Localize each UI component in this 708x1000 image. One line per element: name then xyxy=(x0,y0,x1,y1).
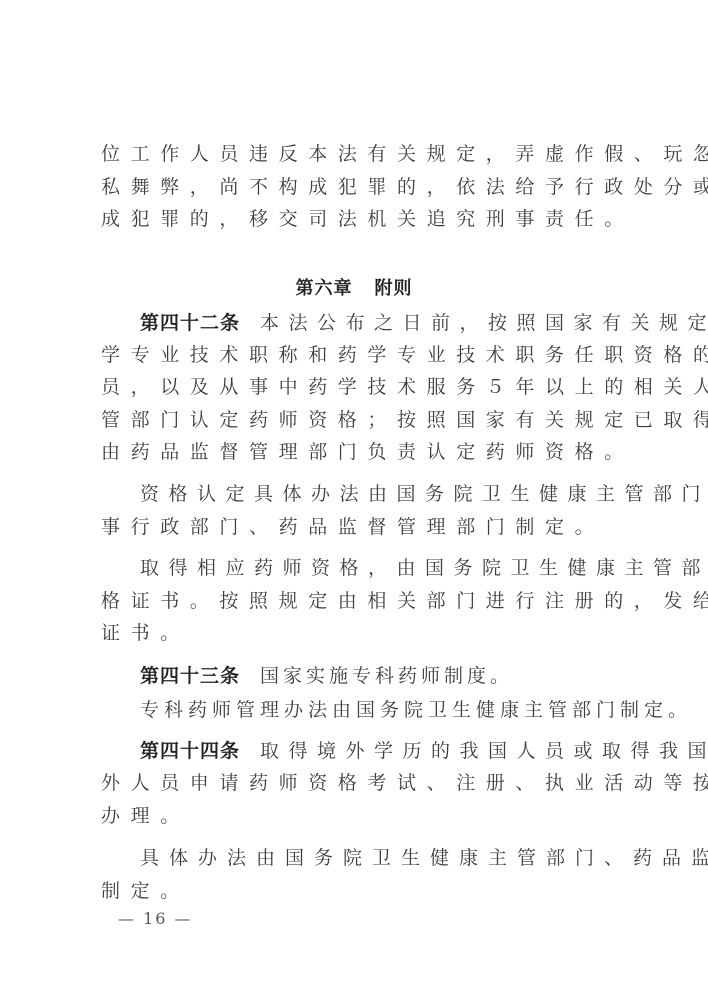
body-text-line: 取得相应药师资格，由国务院卫生健康主管部门发给药师资 xyxy=(140,556,660,580)
body-text-line: 管部门认定药师资格；按照国家有关规定已取得执业药师资格的， xyxy=(101,408,621,432)
body-text-line: 外人员申请药师资格考试、注册、执业活动等按照国家有关规定 xyxy=(101,771,621,795)
body-text-line: 办理。 xyxy=(101,804,621,828)
body-text-line: 制定。 xyxy=(101,879,621,903)
body-text-line: 资格认定具体办法由国务院卫生健康主管部门会同国务院人 xyxy=(140,482,660,506)
article-text: 本法公布之日前，按照国家有关规定已取得药 xyxy=(260,312,708,334)
article-text: 取得境外学历的我国人员或取得我国学历的境 xyxy=(260,740,708,762)
body-text-line: 由药品监督管理部门负责认定药师资格。 xyxy=(101,440,621,464)
article-label: 第四十四条 xyxy=(140,740,240,762)
article-label: 第四十三条 xyxy=(140,665,240,687)
body-text-line: 位工作人员违反本法有关规定，弄虚作假、玩忽职守、滥用职权、徇 xyxy=(101,142,621,166)
body-text-line: 事行政部门、药品监督管理部门制定。 xyxy=(101,515,621,539)
body-text-line: 成犯罪的，移交司法机关追究刑事责任。 xyxy=(101,207,621,231)
article-label: 第四十二条 xyxy=(140,312,240,334)
article-text: 国家实施专科药师制度。 xyxy=(260,665,513,687)
document-page: 位工作人员违反本法有关规定，弄虚作假、玩忽职守、滥用职权、徇 私舞弊，尚不构成犯… xyxy=(0,0,708,1000)
chapter-title: 附则 xyxy=(375,278,413,299)
article-44-first-line: 第四十四条取得境外学历的我国人员或取得我国学历的境 xyxy=(140,739,660,763)
article-42-first-line: 第四十二条本法公布之日前，按照国家有关规定已取得药 xyxy=(140,311,660,335)
body-text-line: 员，以及从事中药学技术服务５年以上的相关人员，由卫生健康主 xyxy=(101,375,621,399)
chapter-number: 第六章 xyxy=(296,278,353,299)
body-text-line: 格证书。按照规定由相关部门进行注册的，发给药师执业注册 xyxy=(101,589,621,613)
article-43-line: 第四十三条国家实施专科药师制度。 xyxy=(140,664,660,688)
chapter-heading: 第六章附则 xyxy=(0,274,708,300)
body-text-line: 学专业技术职称和药学专业技术职务任职资格的药学专业技术人 xyxy=(101,343,621,367)
body-text-line: 私舞弊，尚不构成犯罪的，依法给予行政处分或行政处罚；涉嫌构 xyxy=(101,175,621,199)
body-text-line: 具体办法由国务院卫生健康主管部门、药品监督管理部门 xyxy=(140,846,660,870)
page-number: — 16 — xyxy=(118,909,193,928)
body-text-line: 证书。 xyxy=(101,621,621,645)
body-text-line: 专科药师管理办法由国务院卫生健康主管部门制定。 xyxy=(140,698,660,722)
